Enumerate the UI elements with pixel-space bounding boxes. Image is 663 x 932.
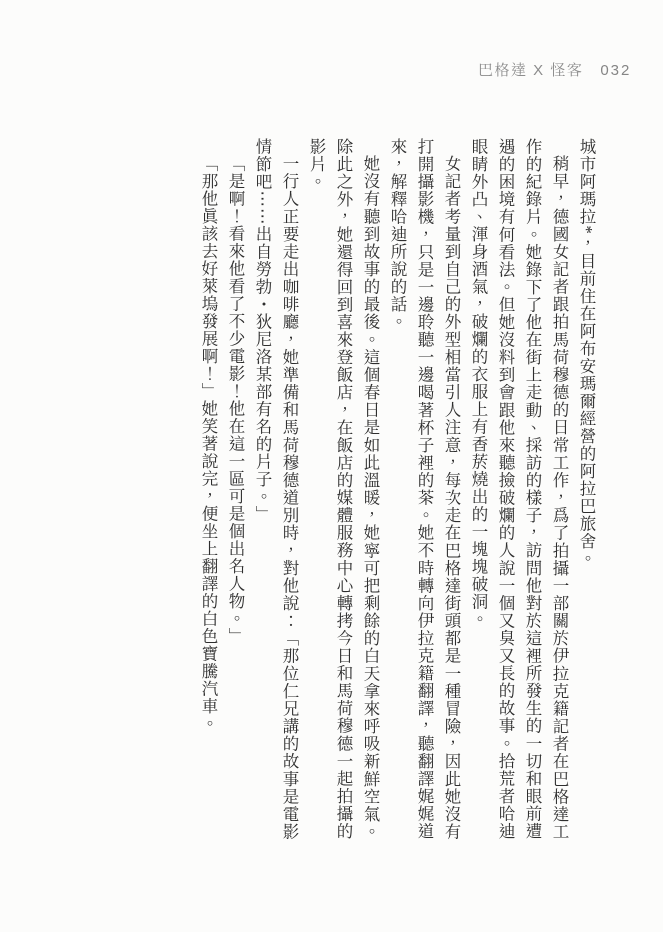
- paragraph-5-dialogue: 一行人正要走出咖啡廳，她準備和馬荷穆德道別時，對他說：「那位仁兄講的故事是電影情…: [249, 138, 303, 840]
- body-text: 城市阿瑪拉*，目前住在阿布安瑪爾經營的阿拉巴旅舍。 稍早，德國女記者跟拍馬荷穆德…: [176, 138, 600, 840]
- paragraph-7-dialogue: 「那他眞該去好萊塢發展啊！」她笑著說完，便坐上翻譯的白色寶騰汽車。: [195, 138, 222, 840]
- page-number: 032: [600, 62, 631, 79]
- paragraph-6-dialogue: 「是啊！看來他看了不少電影！他在這一區可是個出名人物。」: [222, 138, 249, 840]
- paragraph-4: 她沒有聽到故事的最後。這個春日是如此溫暖，她寧可把剩餘的白天拿來呼吸新鮮空氣。除…: [303, 138, 384, 840]
- paragraph-2: 稍早，德國女記者跟拍馬荷穆德的日常工作，爲了拍攝一部關於伊拉克籍記者在巴格達工作…: [465, 138, 573, 840]
- paragraph-continuation: 城市阿瑪拉*，目前住在阿布安瑪爾經營的阿拉巴旅舍。: [573, 138, 600, 840]
- book-title: 巴格達 X 怪客: [478, 62, 583, 79]
- book-page: 巴格達 X 怪客032 城市阿瑪拉*，目前住在阿布安瑪爾經營的阿拉巴旅舍。 稍早…: [0, 0, 663, 932]
- running-header: 巴格達 X 怪客032: [478, 59, 631, 80]
- paragraph-3: 女記者考量到自己的外型相當引人注意，每次走在巴格達街頭都是一種冒險，因此她沒有打…: [384, 138, 465, 840]
